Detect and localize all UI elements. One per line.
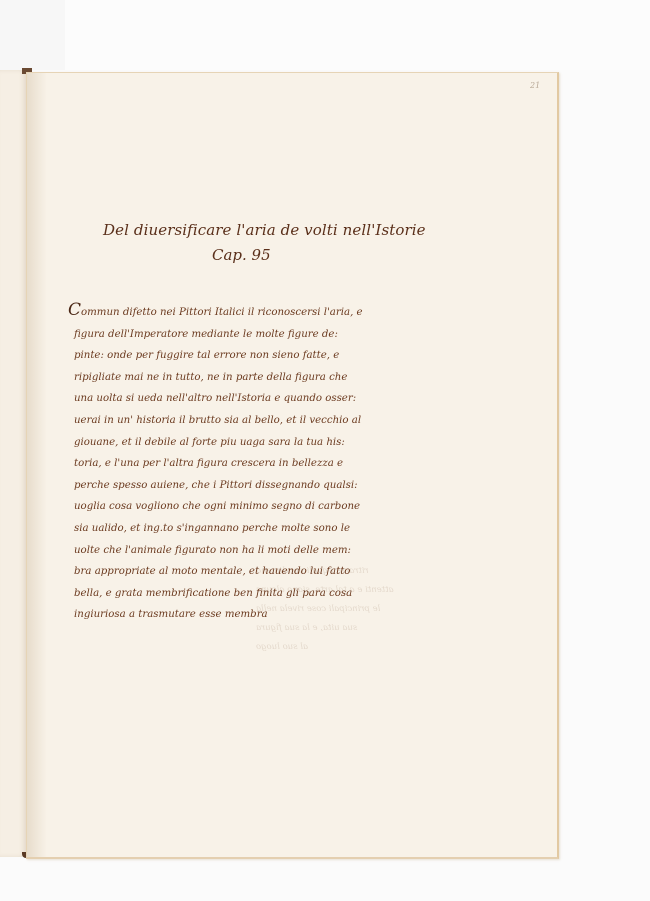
bleed-line: al suo luogo [256, 638, 426, 657]
text-line: uolte che l'animale figurato non ha li m… [74, 540, 414, 562]
text-line: uoglia cosa vogliono che ogni minimo seg… [74, 496, 414, 518]
text-line: ingiuriosa a trasmutare esse membra [74, 604, 414, 626]
text-line: pinte: onde per fuggire tal errore non s… [74, 345, 414, 367]
background-bottom [0, 857, 650, 901]
manuscript-body: Commun difetto nei Pittori Italici il ri… [74, 300, 414, 626]
text-line: figura dell'Imperatore mediante le molte… [74, 324, 414, 346]
background-top [0, 0, 650, 70]
text-line: Commun difetto nei Pittori Italici il ri… [74, 300, 414, 324]
chapter-title: Del diuersificare l'aria de volti nell'I… [103, 221, 383, 239]
text-line: sia ualido, et ing.to s'ingannano perche… [74, 518, 414, 540]
text-line: giouane, et il debile al forte piu uaga … [74, 432, 414, 454]
page-fold-shadow [27, 73, 47, 857]
background-top-light [65, 0, 650, 70]
text-line: una uolta si ueda nell'altro nell'Istori… [74, 388, 414, 410]
text-line: uerai in un' historia il brutto sia al b… [74, 410, 414, 432]
folio-number: 21 [530, 81, 540, 90]
text-line: toria, e l'una per l'altra figura cresce… [74, 453, 414, 475]
text-line: bra appropriate al moto mentale, et haue… [74, 561, 414, 583]
decorated-initial: C [68, 300, 81, 320]
left-page-edge [0, 70, 27, 857]
text-line: perche spesso auiene, che i Pittori diss… [74, 475, 414, 497]
text-line-content: ommun difetto nei Pittori Italici il ric… [81, 307, 363, 318]
text-line: bella, e grata membrificatione ben finit… [74, 583, 414, 605]
chapter-number: Cap. 95 [212, 246, 271, 264]
text-line: ripigliate mai ne in tutto, ne in parte … [74, 367, 414, 389]
